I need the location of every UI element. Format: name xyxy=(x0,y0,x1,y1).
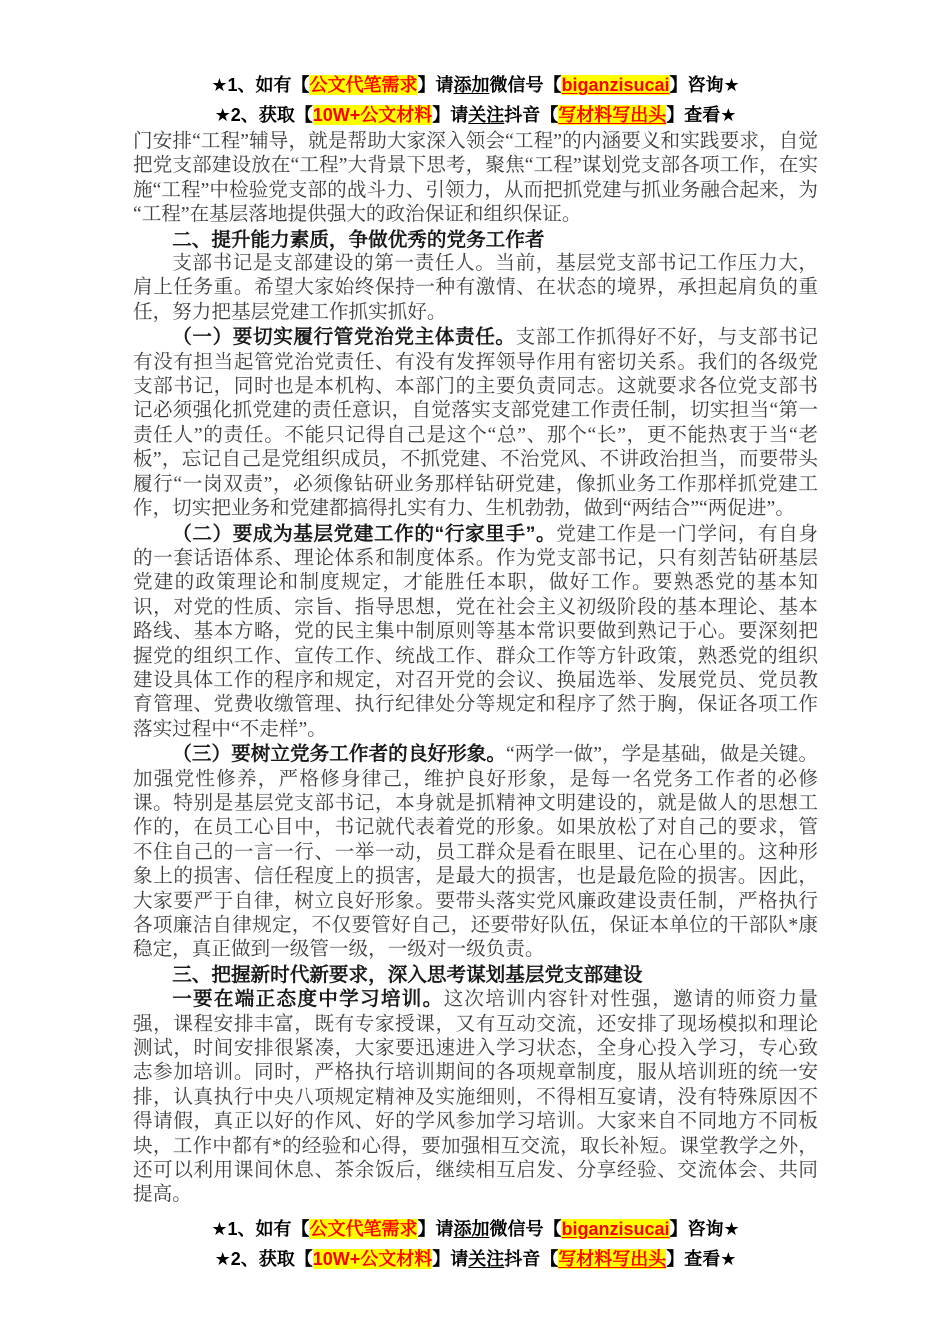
promo-mid2: 抖音【 xyxy=(504,105,558,125)
paragraph-text: 门安排“工程”辅导，就是帮助大家深入领会“工程”的内涵要义和实践要求，自觉把党支… xyxy=(133,131,818,225)
promo-underline-add: 添加 xyxy=(453,1219,489,1239)
paragraph-point-2: （二）要成为基层党建工作的“行家里手”。党建工作是一门学问，有自身的一套话语体系… xyxy=(133,522,818,743)
promo-underline-follow: 关注 xyxy=(468,105,504,125)
promo-underline-add: 添加 xyxy=(453,75,489,95)
promo-banner-line-1: ★1、如有【公文代笔需求】请添加微信号【biganzisucai】咨询★ xyxy=(133,70,818,100)
section-heading-2: 二、提升能力素质，争做优秀的党务工作者 xyxy=(133,228,818,252)
paragraph-text: 支部书记是支部建设的第一责任人。当前，基层党支部书记工作压力大，肩上任务重。希望… xyxy=(133,253,818,323)
promo-mid: 】请 xyxy=(417,1219,453,1239)
promo-douyin-id: 写材料写出头 xyxy=(558,1249,666,1269)
promo-highlight-materials: 10W+公文材料 xyxy=(313,105,433,125)
paragraph-text: 党建工作是一门学问，有自身的一套话语体系、理论体系和制度体系。作为党支部书记，只… xyxy=(133,524,818,740)
promo-wechat-id: biganzisucai xyxy=(561,1219,669,1239)
paragraph-lead: （二）要成为基层党建工作的“行家里手”。 xyxy=(172,523,556,545)
promo-underline-follow: 关注 xyxy=(468,1249,504,1269)
promo-mid2: 微信号【 xyxy=(489,75,561,95)
promo-wechat-id: biganzisucai xyxy=(561,75,669,95)
paragraph-lead: （一）要切实履行管党治党主体责任。 xyxy=(172,326,515,348)
promo-suffix: 】咨询★ xyxy=(670,1219,740,1239)
paragraph-continuation: 门安排“工程”辅导，就是帮助大家深入领会“工程”的内涵要义和实践要求，自觉把党支… xyxy=(133,130,818,228)
paragraph-intro: 支部书记是支部建设的第一责任人。当前，基层党支部书记工作压力大，肩上任务重。希望… xyxy=(133,252,818,325)
paragraph-point-3: （三）要树立党务工作者的良好形象。“两学一做”，学是基础，做是关键。加强党性修养… xyxy=(133,742,818,963)
promo-suffix: 】查看★ xyxy=(666,105,736,125)
document-body: 门安排“工程”辅导，就是帮助大家深入领会“工程”的内涵要义和实践要求，自觉把党支… xyxy=(133,130,818,1208)
promo-prefix: ★2、获取【 xyxy=(215,1249,313,1269)
heading-text: 二、提升能力素质，争做优秀的党务工作者 xyxy=(172,229,544,251)
promo-mid2: 抖音【 xyxy=(504,1249,558,1269)
promo-douyin-id: 写材料写出头 xyxy=(558,105,666,125)
promo-banner-line-1: ★1、如有【公文代笔需求】请添加微信号【biganzisucai】咨询★ xyxy=(133,1214,818,1244)
paragraph-text: “两学一做”，学是基础，做是关键。加强党性修养，严格修身律己，维护良好形象，是每… xyxy=(133,744,818,960)
promo-mid2: 微信号【 xyxy=(489,1219,561,1239)
promo-banner-top: ★1、如有【公文代笔需求】请添加微信号【biganzisucai】咨询★ ★2、… xyxy=(133,70,818,130)
heading-text: 三、把握新时代新要求，深入思考谋划基层党支部建设 xyxy=(172,964,642,986)
promo-highlight-materials: 10W+公文材料 xyxy=(313,1249,433,1269)
promo-mid: 】请 xyxy=(432,1249,468,1269)
promo-banner-bottom: ★1、如有【公文代笔需求】请添加微信号【biganzisucai】咨询★ ★2、… xyxy=(133,1214,818,1274)
promo-prefix: ★1、如有【 xyxy=(211,1219,309,1239)
promo-mid: 】请 xyxy=(432,105,468,125)
paragraph-lead: （三）要树立党务工作者的良好形象。 xyxy=(172,743,506,765)
promo-banner-line-2: ★2、获取【10W+公文材料】请关注抖音【写材料写出头】查看★ xyxy=(133,1244,818,1274)
paragraph-text: 支部工作抓得好不好，与支部书记有没有担当起管党治党责任、有没有发挥领导作用有密切… xyxy=(133,327,818,519)
promo-suffix: 】查看★ xyxy=(666,1249,736,1269)
document-page: ★1、如有【公文代笔需求】请添加微信号【biganzisucai】咨询★ ★2、… xyxy=(0,0,950,1344)
promo-highlight-service: 公文代笔需求 xyxy=(309,75,417,95)
promo-highlight-service: 公文代笔需求 xyxy=(309,1219,417,1239)
paragraph-point-1: （一）要切实履行管党治党主体责任。支部工作抓得好不好，与支部书记有没有担当起管党… xyxy=(133,325,818,521)
paragraph-lead: 一要在端正态度中学习培训。 xyxy=(172,988,443,1010)
paragraph-text: 这次培训内容针对性强，邀请的师资力量强，课程安排丰富，既有专家授课，又有互动交流… xyxy=(133,989,818,1205)
promo-mid: 】请 xyxy=(417,75,453,95)
promo-prefix: ★1、如有【 xyxy=(211,75,309,95)
paragraph-training: 一要在端正态度中学习培训。这次培训内容针对性强，邀请的师资力量强，课程安排丰富，… xyxy=(133,987,818,1208)
promo-banner-line-2: ★2、获取【10W+公文材料】请关注抖音【写材料写出头】查看★ xyxy=(133,100,818,130)
promo-prefix: ★2、获取【 xyxy=(215,105,313,125)
section-heading-3: 三、把握新时代新要求，深入思考谋划基层党支部建设 xyxy=(133,963,818,987)
promo-suffix: 】咨询★ xyxy=(670,75,740,95)
